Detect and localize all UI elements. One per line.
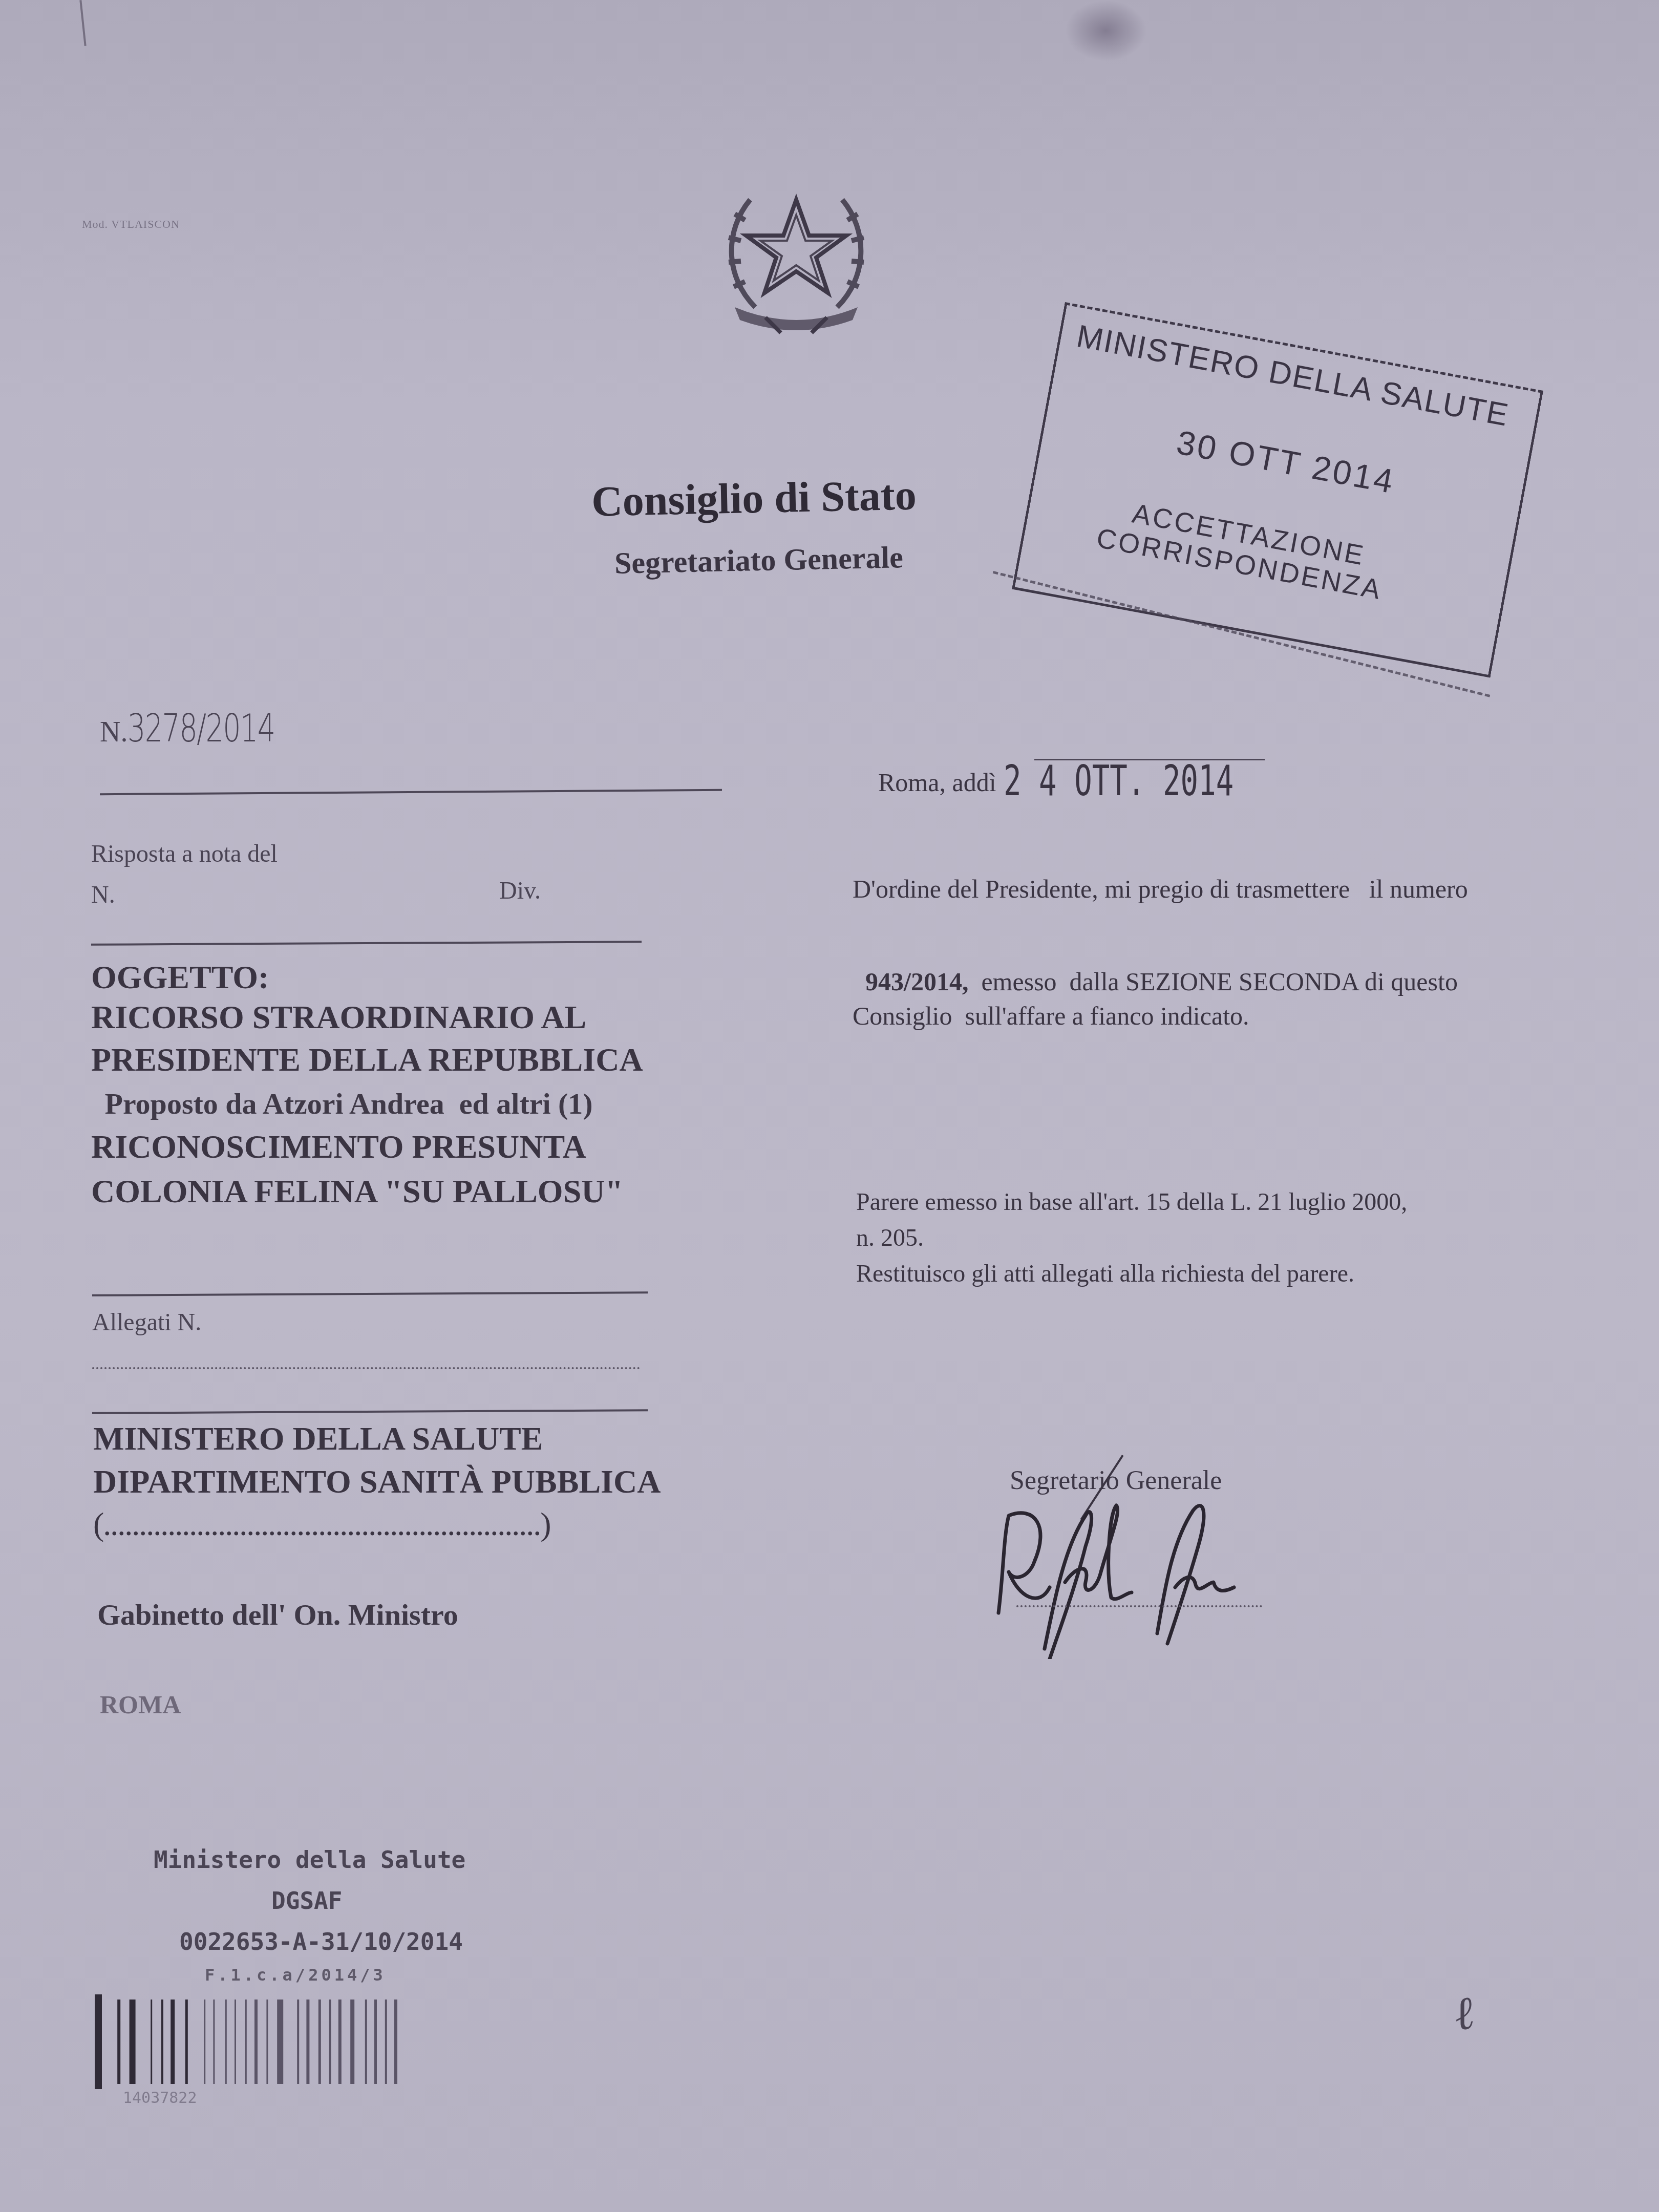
receipt-ministry: Ministero della Salute [154,1846,465,1874]
opinion-number: 943/2014, [865,967,968,996]
body-paragraph-2: Parere emesso in base all'art. 15 della … [856,1188,1407,1216]
reply-to-div-label: Div. [499,877,541,905]
receipt-department: DGSAF [271,1887,342,1915]
receipt-classification: F.1.c.a/2014/3 [205,1965,386,1985]
protocol-value: 3278/2014 [127,707,275,751]
attachments-label: Allegati N. [92,1308,201,1336]
recipient-line: DIPARTIMENTO SANITÀ PUBBLICA [93,1463,661,1501]
recipient-office: Gabinetto dell' On. Ministro [97,1598,458,1632]
body-paragraph-2: n. 205. [856,1224,924,1252]
italian-republic-emblem-icon [714,164,878,338]
recipient-blank-line: (.......................................… [93,1505,550,1543]
body-paragraph-3: Restituisco gli atti allegati alla richi… [856,1260,1354,1288]
receipt-protocol: 0022653-A-31/10/2014 [179,1928,463,1955]
recipient-line: MINISTERO DELLA SALUTE [93,1420,543,1458]
handwritten-signature-icon [988,1495,1275,1659]
signature-line [1016,1605,1262,1607]
issuer-title: Consiglio di Stato [591,470,917,526]
body-paragraph-1: Consiglio sull'affare a fianco indicato. [853,1001,1249,1031]
reply-to-n-label: N. [91,881,115,909]
signature-label: Segretario Generale [1010,1465,1222,1496]
barcode-number: 14037822 [123,2089,197,2107]
recipient-city: ROMA [100,1690,181,1719]
body-paragraph-1: 943/2014, emesso dalla SEZIONE SECONDA d… [853,937,1458,996]
reply-to-label: Risposta a nota del [91,840,278,868]
protocol-number: N.3278/2014 [100,707,324,751]
barcode-icon [90,1989,602,2092]
stamp-date: 30 OTT 2014 [1174,422,1398,501]
date-underline [1034,759,1265,760]
paper-fold-shadow [1065,0,1147,61]
faint-header-print: Mod. VTLAISCON [82,218,180,231]
subject-line: RICONOSCIMENTO PRESUNTA [91,1128,586,1166]
subject-line: Proposto da Atzori Andrea ed altri (1) [97,1087,593,1121]
subject-line: COLONIA FELINA "SU PALLOSU" [91,1173,623,1210]
place-label: Roma, addì [878,768,996,797]
body-paragraph-1: D'ordine del Presidente, mi pregio di tr… [853,874,1468,904]
subject-line: RICORSO STRAORDINARIO AL [91,998,586,1036]
issuer-subtitle: Segretariato Generale [614,540,903,581]
subject-label: OGGETTO: [91,959,269,996]
protocol-prefix: N. [100,716,127,748]
subject-line: PRESIDENTE DELLA REPUBBLICA [91,1041,643,1079]
dotted-line [92,1367,640,1369]
date-stamp: 2 4 OTT. 2014 [1004,757,1233,805]
